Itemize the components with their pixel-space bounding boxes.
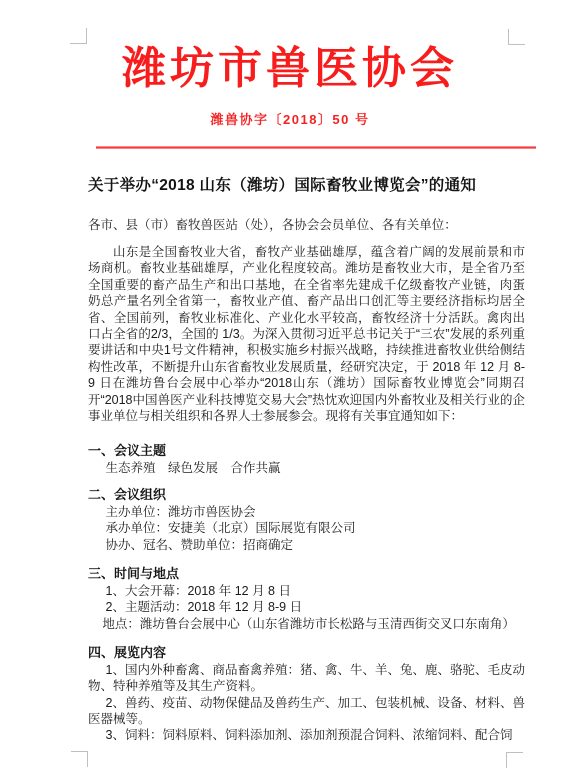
- section-2-line-1: 主办单位：潍坊市兽医协会: [88, 504, 525, 520]
- crop-mark-bottom-left: [71, 751, 88, 767]
- salutation-line: 各市、县（市）畜牧兽医站（处），各协会会员单位、各有关单位：: [88, 217, 525, 233]
- document-page: 潍坊市兽医协会 潍兽协字〔2018〕50 号 关于举办“2018 山东（潍坊）国…: [0, 0, 580, 784]
- section-4-item-2: 2、兽药、疫苗、动物保健品及兽药生产、加工、包装机械、设备、材料、兽医器械等。: [88, 695, 525, 728]
- section-time-and-place: 三、时间与地点 1、大会开幕：2018 年 12 月 8 日 2、主题活动：20…: [88, 565, 525, 632]
- section-2-heading: 二、会议组织: [88, 486, 525, 504]
- section-3-line-2: 2、主题活动：2018 年 12 月 8-9 日: [88, 599, 525, 615]
- crop-mark-bottom-right: [506, 752, 523, 768]
- section-4-item-3: 3、饲料：饲料原料、饲料添加剂、添加剂预混合饲料、浓缩饲料、配合饲: [88, 727, 525, 743]
- section-4-item-1: 1、国内外种畜禽、商品畜禽养殖：猪、禽、牛、羊、兔、鹿、骆驼、毛皮动物、特种养殖…: [88, 662, 525, 695]
- section-meeting-organization: 二、会议组织 主办单位：潍坊市兽医协会 承办单位：安捷美（北京）国际展览有限公司…: [88, 486, 525, 553]
- red-divider-line: [96, 146, 536, 149]
- notice-title: 关于举办“2018 山东（潍坊）国际畜牧业博览会”的通知: [88, 176, 528, 196]
- section-3-line-1: 1、大会开幕：2018 年 12 月 8 日: [88, 583, 525, 599]
- body-paragraph: 山东是全国畜牧业大省，畜牧产业基础雄厚，蕴含着广阔的发展前景和市场商机。畜牧业基…: [88, 244, 525, 424]
- section-meeting-theme: 一、会议主题 生态养殖 绿色发展 合作共赢: [88, 442, 525, 476]
- crop-mark-top-left: [70, 28, 87, 44]
- section-1-heading: 一、会议主题: [88, 442, 525, 460]
- document-number: 潍兽协字〔2018〕50 号: [0, 112, 580, 128]
- section-exhibition-content: 四、展览内容 1、国内外种畜禽、商品畜禽养殖：猪、禽、牛、羊、兔、鹿、骆驼、毛皮…: [88, 644, 525, 743]
- section-2-line-2: 承办单位：安捷美（北京）国际展览有限公司: [88, 520, 525, 536]
- section-3-line-3: 地点：潍坊鲁台会展中心（山东省潍坊市长松路与玉清西街交叉口东南角）: [88, 616, 525, 632]
- crop-mark-top-right: [508, 29, 525, 45]
- section-2-line-3: 协办、冠名、赞助单位：招商确定: [88, 537, 525, 553]
- section-1-line-1: 生态养殖 绿色发展 合作共赢: [88, 460, 525, 476]
- organization-title: 潍坊市兽医协会: [0, 44, 580, 94]
- section-4-heading: 四、展览内容: [88, 644, 525, 662]
- section-3-heading: 三、时间与地点: [88, 565, 525, 583]
